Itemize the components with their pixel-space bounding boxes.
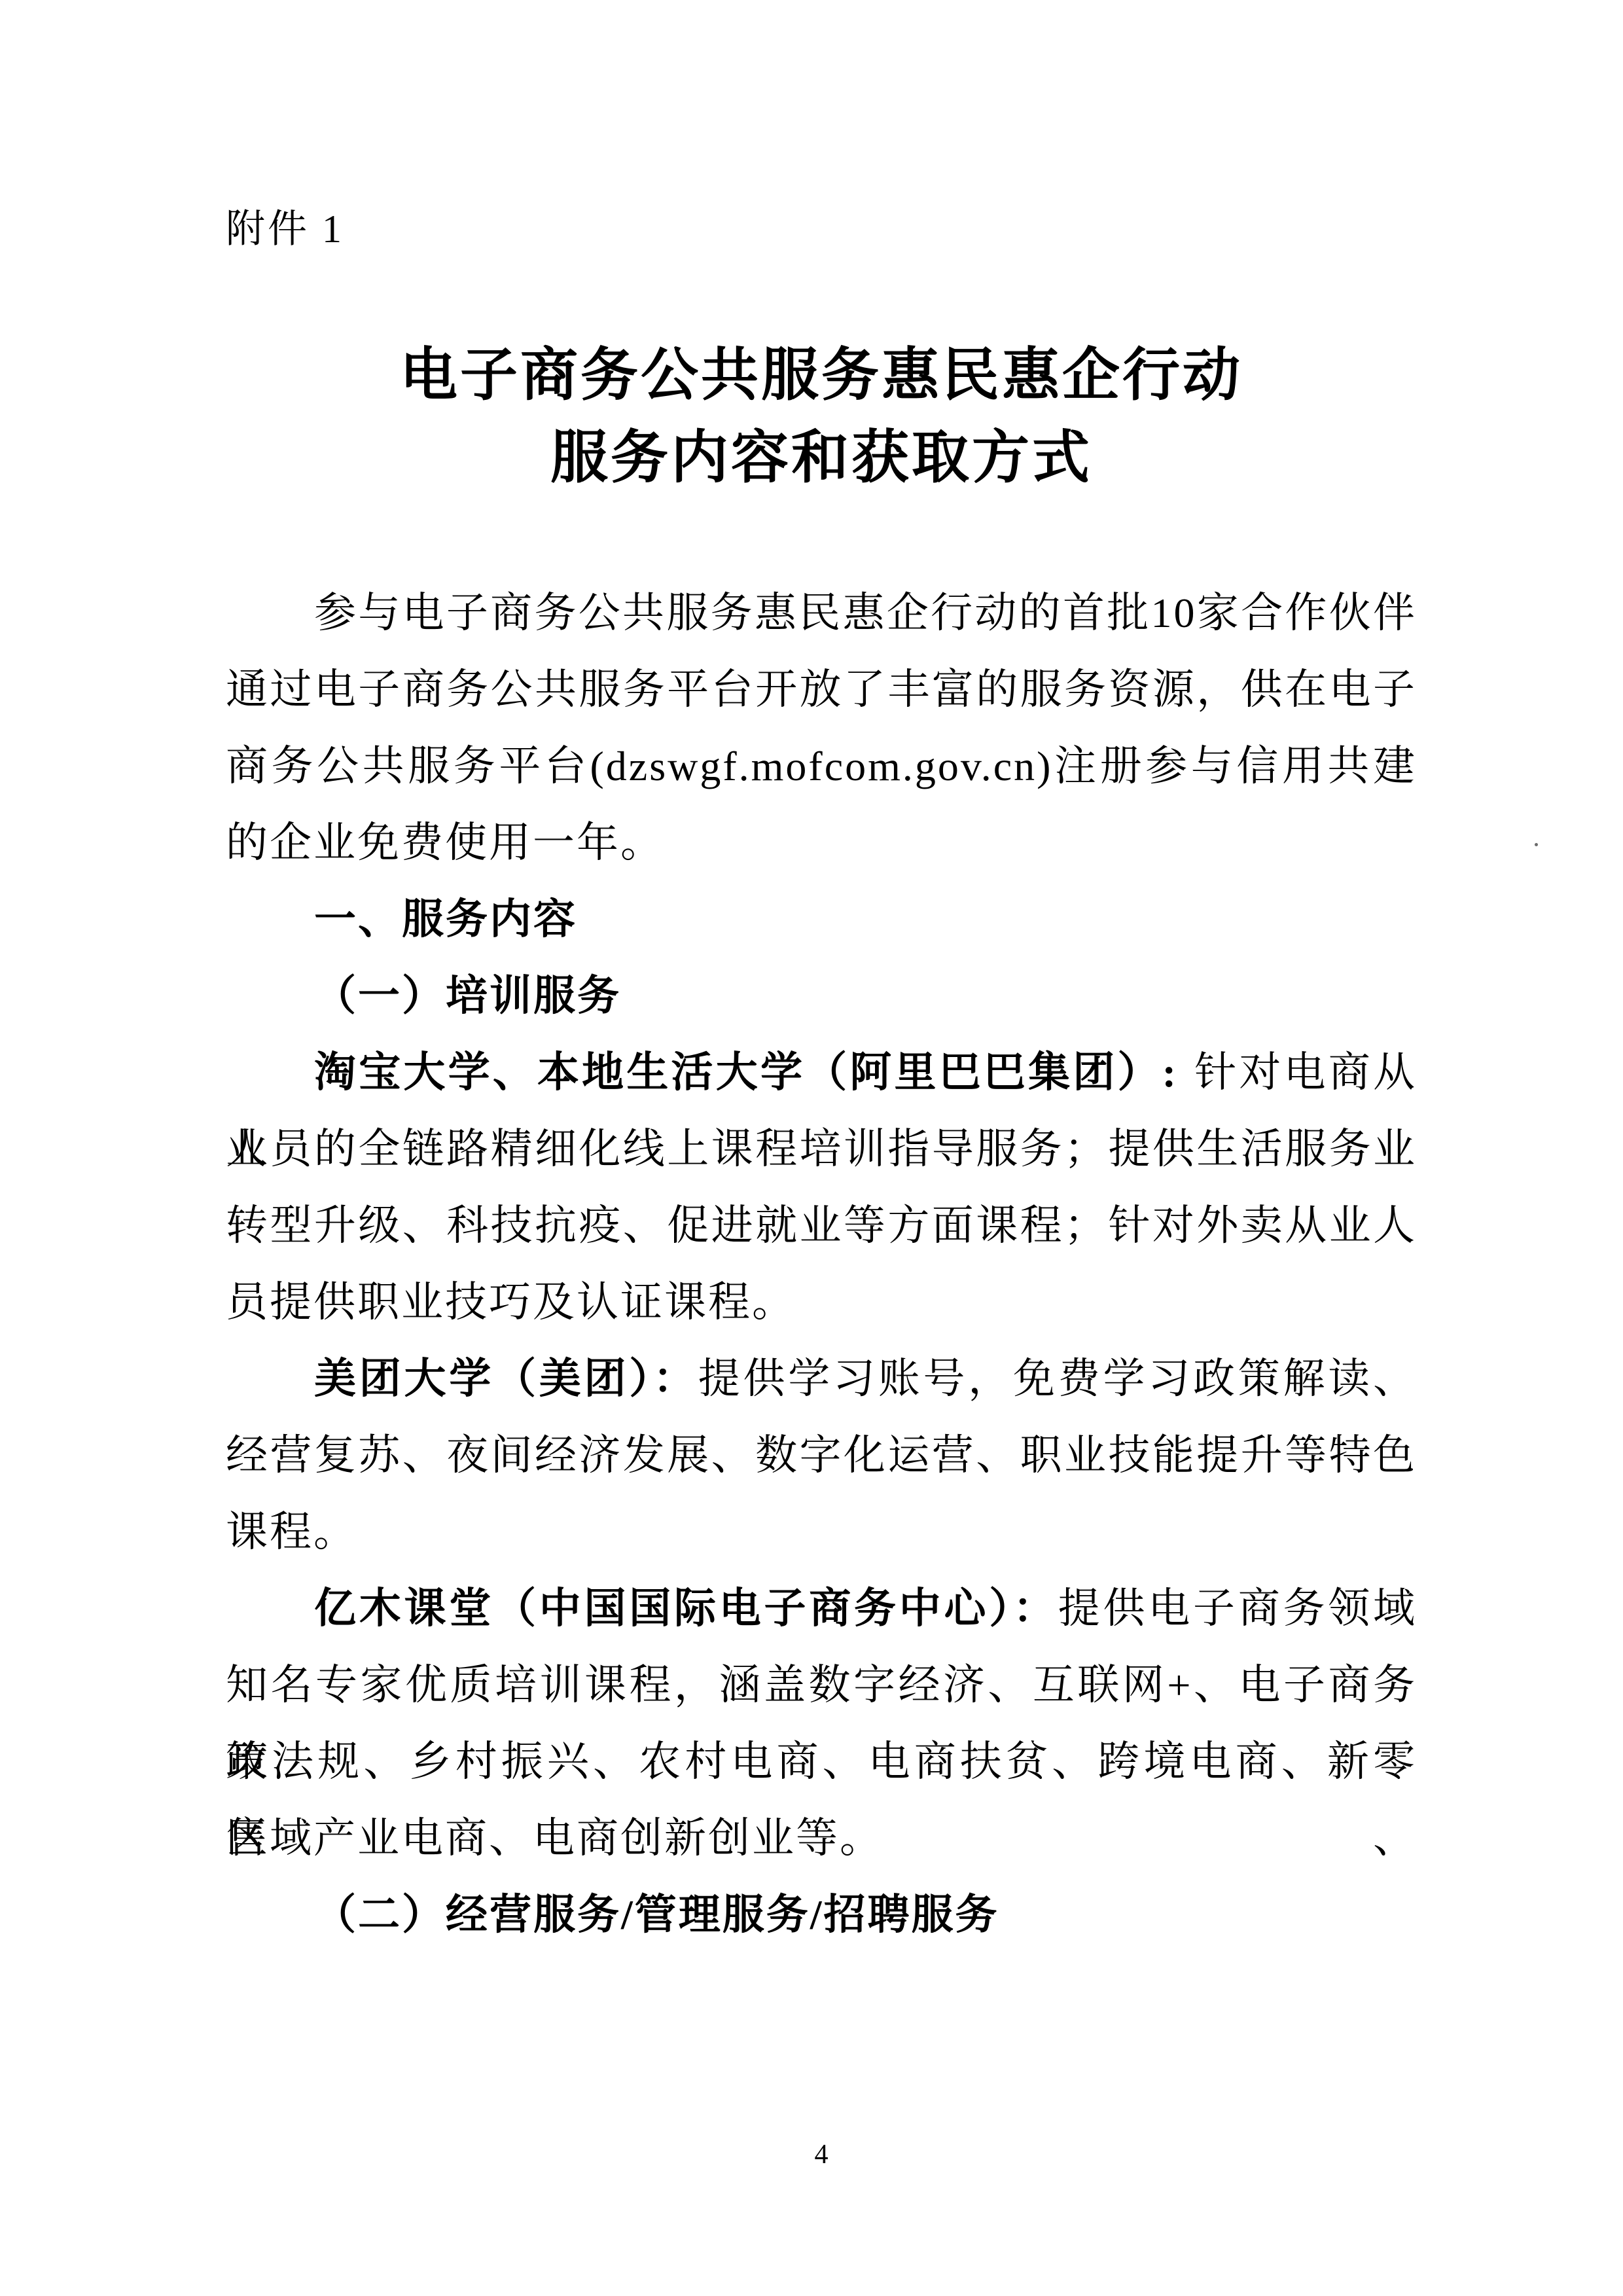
meituan-line-1: 美团大学（美团）：提供学习账号，免费学习政策解读、 [226,1340,1417,1417]
meituan-line-3: 课程。 [226,1494,1417,1570]
yimu-line-3: 策法规、乡村振兴、农村电商、电商扶贫、跨境电商、新零售、 [226,1723,1417,1800]
section-1-heading: 一、服务内容 [226,881,1417,958]
attachment-label: 附件 1 [226,196,344,262]
scan-artifact-speck [1535,843,1538,846]
taobao-line-2: 人员的全链路精细化线上课程培训指导服务；提供生活服务业 [226,1111,1417,1187]
subsection-1-heading: （一）培训服务 [226,958,1417,1034]
intro-line-1: 参与电子商务公共服务惠民惠企行动的首批10家合作伙伴 [226,575,1417,651]
document-title-line1: 电子商务公共服务惠民惠企行动 [226,340,1417,412]
intro-line-4: 的企业免费使用一年。 [226,804,1417,881]
taobao-line-1: 淘宝大学、本地生活大学（阿里巴巴集团）:针对电商从业 [226,1034,1417,1111]
taobao-line-4: 员提供职业技巧及认证课程。 [226,1264,1417,1340]
document-title-line2: 服务内容和获取方式 [226,423,1417,495]
meituan-line-1-rest: 提供学习账号，免费学习政策解读、 [698,1355,1417,1402]
intro-line-3: 商务公共服务平台(dzswgf.mofcom.gov.cn)注册参与信用共建 [226,728,1417,804]
yimu-line-1-rest: 提供电子商务领域 [1058,1585,1417,1632]
subsection-2-heading: （二）经营服务/管理服务/招聘服务 [226,1876,1417,1953]
meituan-provider-name: 美团大学（美团）： [314,1355,698,1402]
intro-line-2: 通过电子商务公共服务平台开放了丰富的服务资源，供在电子 [226,651,1417,728]
taobao-provider-name: 淘宝大学、本地生活大学（阿里巴巴集团）: [314,1049,1178,1096]
page-number: 4 [226,2128,1417,2181]
taobao-line-3: 转型升级、科技抗疫、促进就业等方面课程；针对外卖从业人 [226,1187,1417,1264]
meituan-line-2: 经营复苏、夜间经济发展、数字化运营、职业技能提升等特色 [226,1417,1417,1494]
yimu-line-2: 知名专家优质培训课程，涵盖数字经济、互联网+、电子商务政 [226,1647,1417,1723]
document-page: 附件 1 电子商务公共服务惠民惠企行动 服务内容和获取方式 参与电子商务公共服务… [0,0,1623,2296]
body-text-block: 参与电子商务公共服务惠民惠企行动的首批10家合作伙伴 通过电子商务公共服务平台开… [226,575,1417,1953]
yimu-provider-name: 亿木课堂（中国国际电子商务中心）： [314,1585,1058,1632]
yimu-line-1: 亿木课堂（中国国际电子商务中心）：提供电子商务领域 [226,1570,1417,1647]
